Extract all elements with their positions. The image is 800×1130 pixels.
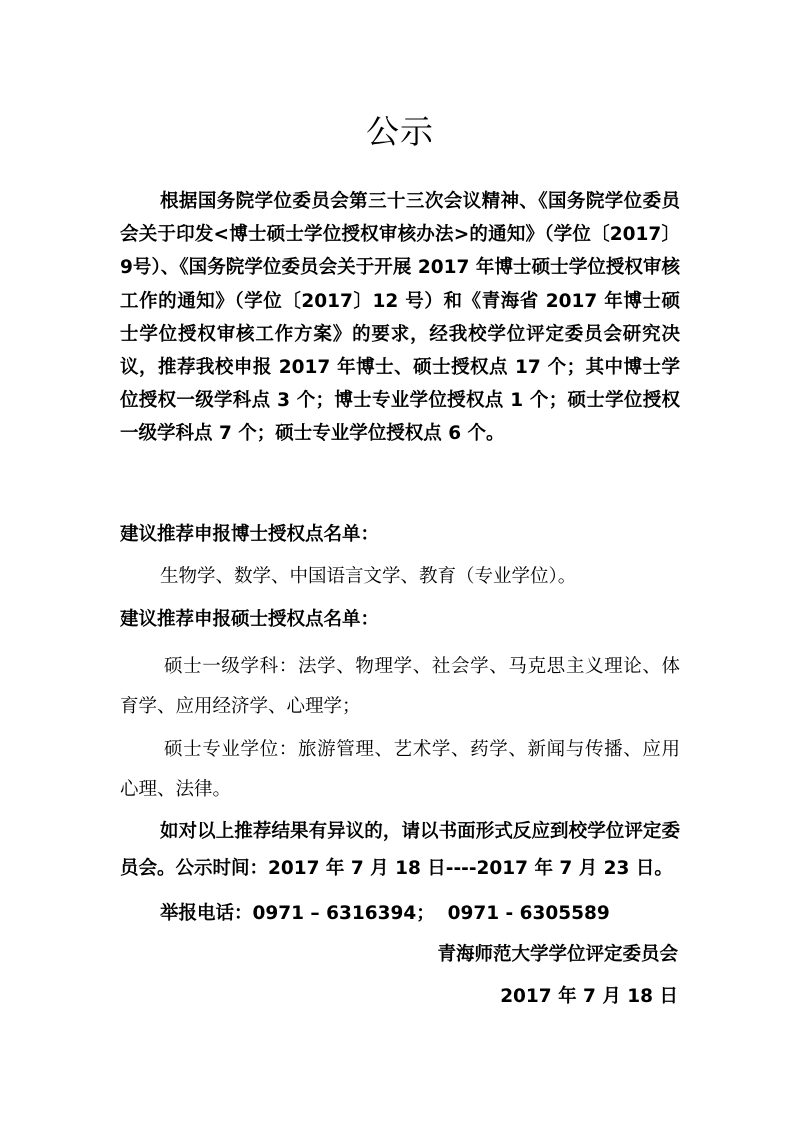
doctoral-section-heading: 建议推荐申报博士授权点名单： bbox=[120, 518, 379, 551]
master-section-heading: 建议推荐申报硕士授权点名单： bbox=[120, 603, 379, 636]
intro-paragraph: 根据国务院学位委员会第三十三次会议精神、《国务院学位委员会关于印发<博士硕士学位… bbox=[120, 185, 680, 451]
objection-paragraph: 如对以上推荐结果有异议的，请以书面形式反应到校学位评定委员会。公示时间：2017… bbox=[120, 813, 680, 887]
master-professional-list: 硕士专业学位：旅游管理、艺术学、药学、新闻与传播、应用心理、法律。 bbox=[120, 730, 680, 810]
hotline-line: 举报电话：0971 – 6316394； 0971 - 6305589 bbox=[160, 897, 610, 930]
doctoral-list: 生物学、数学、中国语言文学、教育（专业学位）。 bbox=[160, 560, 576, 593]
master-first-level-list: 硕士一级学科：法学、物理学、社会学、马克思主义理论、体育学、应用经济学、心理学； bbox=[120, 647, 680, 727]
document-title: 公示 bbox=[0, 106, 800, 153]
signature-organization: 青海师范大学学位评定委员会 bbox=[437, 938, 678, 971]
document-page: 公示 根据国务院学位委员会第三十三次会议精神、《国务院学位委员会关于印发<博士硕… bbox=[0, 0, 800, 1130]
signature-date: 2017 年 7 月 18 日 bbox=[500, 980, 678, 1013]
